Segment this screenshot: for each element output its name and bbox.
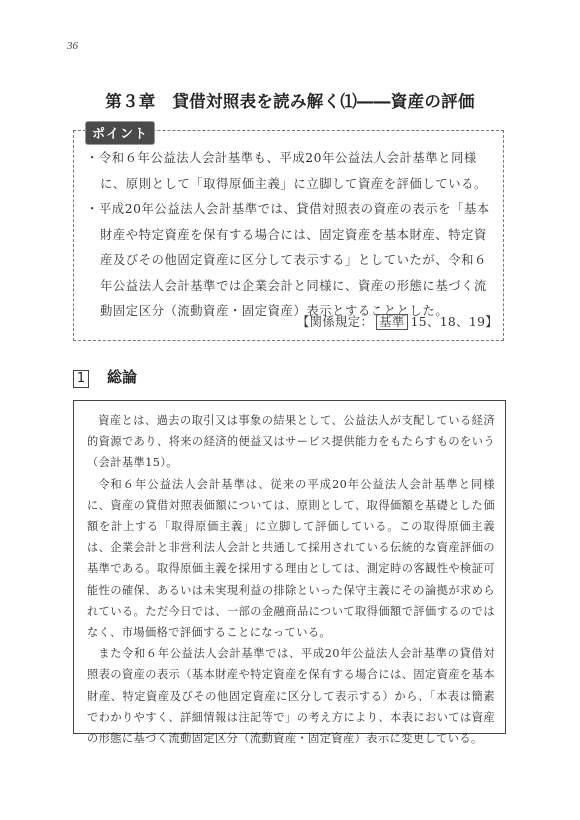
paragraph: 令和６年公益法人会計基準は、従来の平成20年公益法人会計基準と同様に、資産の貸借… xyxy=(87,474,495,644)
section-heading: 1総論 xyxy=(73,366,137,388)
related-prefix: 【関係規定： xyxy=(297,315,373,329)
main-text: 資産とは、過去の取引又は事象の結果として、公益法人が支配している経済的資源であり… xyxy=(87,410,495,749)
section-title: 総論 xyxy=(107,368,137,386)
page-number: 36 xyxy=(67,40,78,52)
paragraph: また令和６年公益法人会計基準では、平成20年公益法人会計基準の貸借対照表の資産の… xyxy=(87,643,495,749)
section-number: 1 xyxy=(73,370,89,388)
point-label: ポイント xyxy=(85,121,155,145)
point-item: ・平成20年公益法人会計基準では、貸借対照表の資産の表示を「基本財産や特定資産を… xyxy=(86,197,496,325)
related-refs: 15、18、19】 xyxy=(411,315,498,329)
chapter-title: 第３章 貸借対照表を読み解く⑴――資産の評価 xyxy=(0,88,580,112)
related-tag: 基準 xyxy=(376,314,407,330)
paragraph: 資産とは、過去の取引又は事象の結果として、公益法人が支配している経済的資源であり… xyxy=(87,410,495,474)
point-list: ・令和６年公益法人会計基準も、平成20年公益法人会計基準と同様に、原則として「取… xyxy=(86,146,496,325)
related-provisions: 【関係規定：基準15、18、19】 xyxy=(297,312,498,330)
point-item: ・令和６年公益法人会計基準も、平成20年公益法人会計基準と同様に、原則として「取… xyxy=(86,146,496,197)
